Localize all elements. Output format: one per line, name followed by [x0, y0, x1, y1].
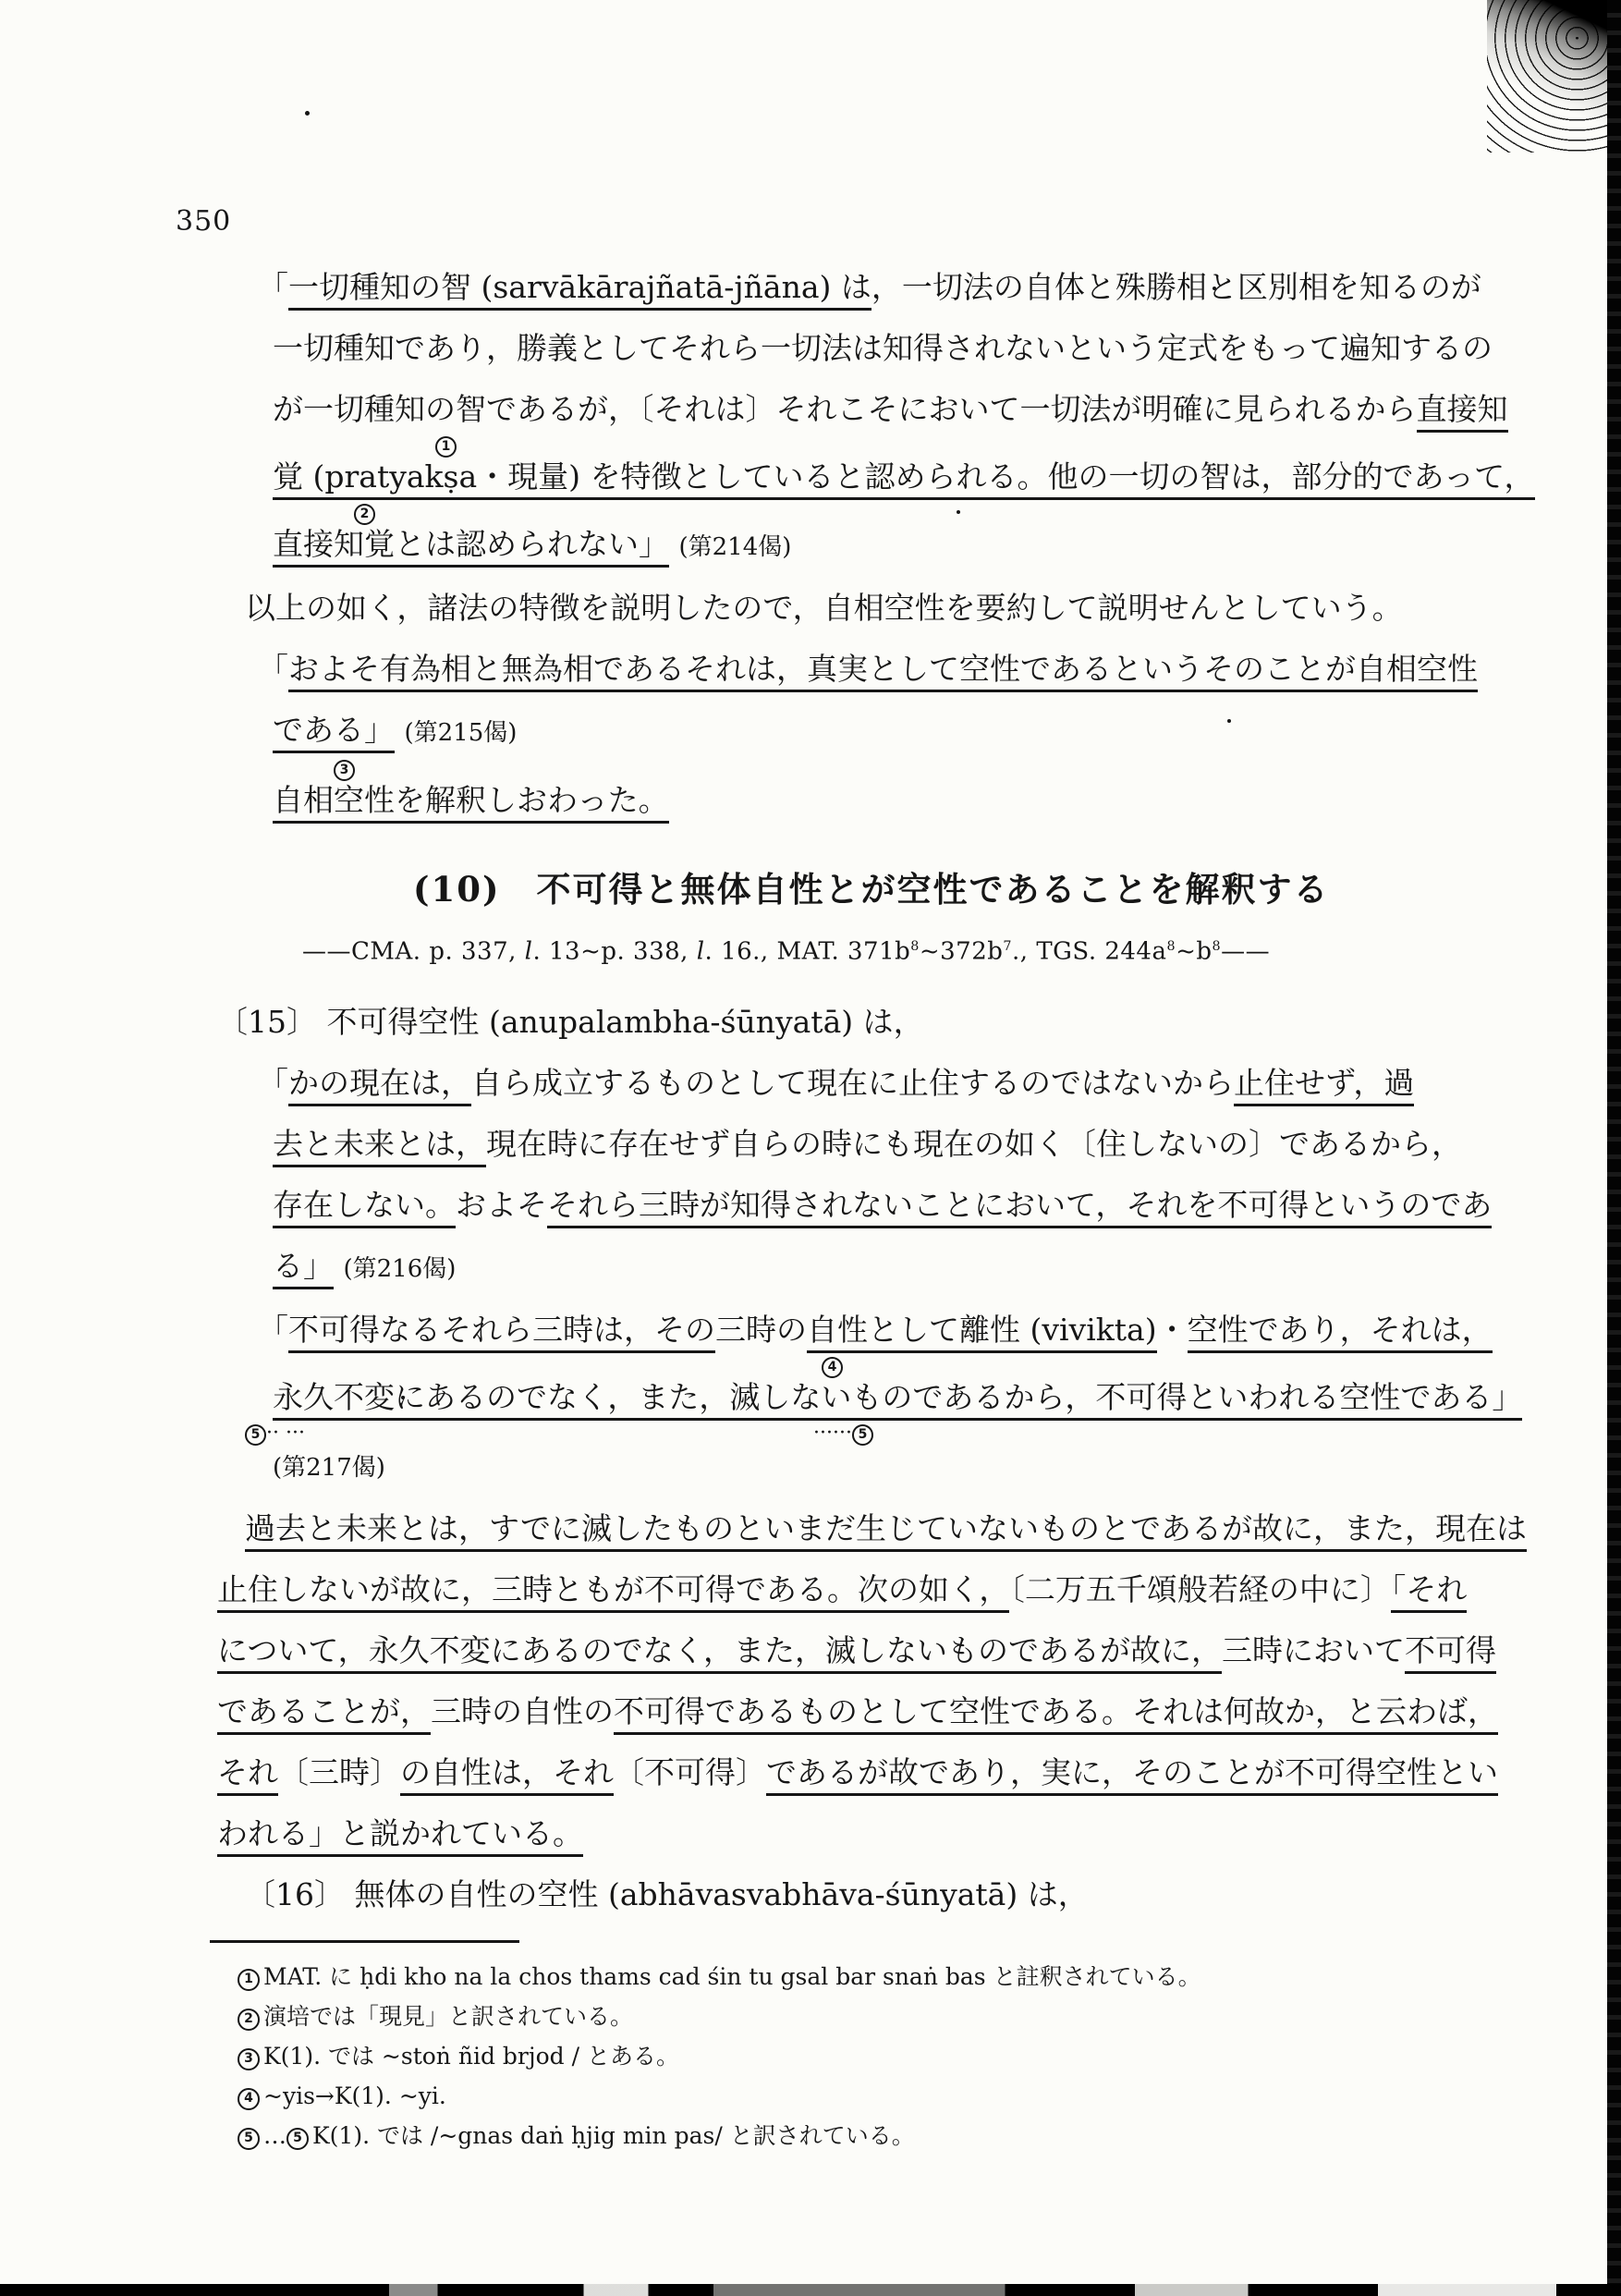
section-heading: (10) 不可得と無体自性とが空性であることを解釈する: [413, 870, 1422, 909]
text-segment: 「: [258, 1312, 288, 1348]
underlined-segment: 不可得: [1405, 1632, 1496, 1674]
underlined-segment: その: [654, 1312, 715, 1353]
underlined-segment: 止住せず，過: [1234, 1065, 1414, 1106]
footnote-separator: [210, 1940, 519, 1943]
quote-216-line-2: 去と未来とは，現在時に存在せず自らの時にも現在の如く〔住しないの〕であるから，: [273, 1125, 1422, 1164]
content: 「一切種知の智 (sarvākārajñatā-jñāna) は，一切法の自体と…: [217, 268, 1422, 2160]
circled-number: 5: [238, 2128, 260, 2150]
underlined-segment: 直接知: [1417, 391, 1508, 433]
text-segment: [669, 526, 679, 562]
underlined-segment: の自性は，それ: [400, 1754, 614, 1796]
commentary-line-5: それ〔三時〕の自性は，それ〔不可得〕であるが故であり，実に，そのことが不可得空性…: [217, 1753, 1422, 1792]
quote-216-line-4: る」 (第216偈): [273, 1247, 1422, 1288]
text-segment: MAT. に ḥdi kho na la chos thams cad śin …: [263, 1963, 1201, 1990]
circled-number: 1: [435, 436, 457, 458]
text-segment: (第217偈): [273, 1454, 385, 1482]
text-segment: . 16., MAT. 371b: [705, 938, 911, 966]
footnote-4: 4~yis→K(1). ~yi.: [238, 2081, 1422, 2112]
underlined-segment: われる」と説かれている。: [217, 1815, 583, 1857]
commentary-line-2: 止住しないが故に，三時ともが不可得である。次の如く，〔二万五千頌般若経の中に〕「…: [217, 1570, 1422, 1609]
quote-214-line-2: 一切種知であり，勝義としてそれら一切法は知得されないという定式をもって遍知するの: [273, 329, 1422, 368]
text-segment: ······: [813, 1422, 852, 1445]
text-segment: 自ら成立するものとして現在に止住するのではないから: [471, 1065, 1234, 1101]
text-segment: 〔15〕 不可得空性 (anupalambha-śūnyatā) は，: [217, 1004, 924, 1040]
scan-speck: [957, 510, 960, 514]
circled-number: 1: [238, 1969, 260, 1991]
quote-216-line-1: 「かの現在は，自ら成立するものとして現在に止住するのではないから止住せず，過: [258, 1064, 1422, 1103]
scan-speck: [305, 111, 310, 116]
text-segment: . 13~p. 338,: [532, 938, 696, 966]
footnote-3: 3K(1). では ~stoṅ ñid brjod / とある。: [238, 2041, 1422, 2072]
underlined-segment: 覚 (pratyakṣa・現量) を特徴としていると認められる。他の一切の智は，…: [273, 458, 1535, 500]
text-segment: 演培では「現見」と訳されている。: [263, 2003, 633, 2030]
commentary-line-6: われる」と説かれている。: [217, 1814, 1422, 1853]
quote-214-line-3: が一切種知の智であるが，〔それは〕それこそにおいて一切法が明確に見られるから直接…: [273, 390, 1422, 429]
text-segment: ——CMA. p. 337,: [302, 938, 525, 966]
text-segment: 「: [258, 651, 288, 687]
footnote-1: 1MAT. に ḥdi kho na la chos thams cad śin…: [238, 1961, 1422, 1993]
text-segment: [273, 434, 435, 457]
text-segment: ，一切法の自体と殊勝相と区別相を知るのが: [871, 269, 1481, 305]
text-segment: [334, 1248, 344, 1284]
page-number: 350: [176, 205, 231, 238]
quote-217-line-2: 永久不変にあるのでなく，また，滅しないものであるから，不可得といわれる空性である…: [273, 1378, 1422, 1417]
text-segment: 〔16〕 無体の自性の空性 (abhāvasvabhāva-śūnyatā) は…: [245, 1876, 1089, 1912]
text-segment: 8: [910, 939, 920, 954]
circled-number: 5: [245, 1424, 266, 1446]
underlined-segment: 永久不変にあるのでなく，また，滅しないものであるから，不可得といわれる空性である…: [273, 1379, 1522, 1421]
footnote-marker-2: 2: [273, 502, 1422, 525]
circled-number: 4: [238, 2088, 260, 2110]
body-line: 自相空性を解釈しおわった。: [273, 781, 1422, 820]
footnote-marker-4: 4: [273, 1355, 1422, 1378]
text-segment: 8: [1213, 939, 1222, 954]
text-segment: 〔不可得〕: [614, 1754, 766, 1790]
underlined-segment: 空性であり，それは，: [1188, 1312, 1493, 1353]
underlined-segment: 止住しないが故に，三時ともが不可得である。次の如く，: [217, 1571, 1009, 1613]
text-segment: [273, 757, 334, 780]
footnote-marker-5: 5·· ··· ······5: [245, 1423, 1422, 1446]
text-segment: (第214偈): [679, 533, 792, 561]
underlined-segment: 不可得なるそれら三時は，: [288, 1312, 654, 1353]
quote-215-line-2: である」 (第215偈): [273, 711, 1422, 752]
body-line: 以上の如く，諸法の特徴を説明したので，自相空性を要約して説明せんとしていう。: [245, 589, 1422, 628]
paragraph-16-lead: 〔16〕 無体の自性の空性 (abhāvasvabhāva-śūnyatā) は…: [245, 1875, 1422, 1914]
text-segment: (10) 不可得と無体自性とが空性であることを解釈する: [413, 869, 1330, 910]
scan-speck: [401, 1396, 405, 1399]
quote-217-line-1: 「不可得なるそれら三時は，その三時の自性として離性 (vivikta)・空性であ…: [258, 1311, 1422, 1350]
underlined-segment: それ: [217, 1754, 278, 1796]
underlined-segment: について，永久不変にあるのでなく，また，滅しないものであるが故に，: [217, 1632, 1222, 1674]
commentary-line-1: 過去と未来とは，すでに滅したものといまだ生じていないものとであるが故に，また，現…: [245, 1509, 1422, 1548]
underlined-segment: 過去と未来とは，すでに滅したものといまだ生じていないものとであるが故に，また，現…: [245, 1510, 1527, 1552]
quote-214-line-5: 直接知覚とは認められない」 (第214偈): [273, 525, 1422, 567]
circled-number: 2: [238, 2009, 260, 2031]
scan-edge-right-bar: [1607, 0, 1621, 2296]
text-segment: [273, 501, 354, 524]
text-segment: 「: [258, 1065, 288, 1101]
underlined-segment: 自相空性を解釈しおわった。: [273, 782, 669, 824]
underlined-segment: 自性として離性 (vivikta): [807, 1312, 1157, 1353]
paragraph-15-lead: 〔15〕 不可得空性 (anupalambha-śūnyatā) は，: [217, 1003, 1422, 1042]
scan-corner-noise: [1487, 0, 1607, 153]
quote-216-line-3: 存在しない。およそそれら三時が知得されないことにおいて，それを不可得というのであ: [273, 1186, 1422, 1225]
text-segment: K(1). では /~gnas daṅ ḥjig min pas/ と訳されてい…: [312, 2122, 915, 2149]
quote-214-line-4: 覚 (pratyakṣa・現量) を特徴としていると認められる。他の一切の智は，…: [273, 458, 1422, 496]
text-segment: ~yis→K(1). ~yi.: [263, 2082, 446, 2109]
quote-214-line-1: 「一切種知の智 (sarvākārajñatā-jñāna) は，一切法の自体と…: [258, 268, 1422, 307]
circled-number: 3: [334, 760, 355, 781]
scan-edge-bottom-bar: [0, 2284, 1621, 2296]
text-segment: 〔二万五千頌般若経の中に〕: [1009, 1571, 1391, 1607]
underlined-segment: 不可得であるものとして空性である。それは何故か，と云わば，: [614, 1693, 1498, 1735]
text-segment: 三時の自性の: [431, 1693, 614, 1729]
text-segment: 三時の: [715, 1312, 807, 1348]
text-segment: ., TGS. 244a: [1012, 938, 1166, 966]
underlined-segment: であることが，: [217, 1693, 431, 1735]
text-segment: 8: [1166, 939, 1176, 954]
underlined-segment: である」: [273, 712, 395, 753]
text-segment: [395, 712, 405, 748]
text-segment: 現在時に存在せず自らの時にも現在の如く〔住しないの〕であるから，: [486, 1126, 1462, 1162]
text-segment: [273, 1354, 822, 1377]
text-segment: 一切種知であり，勝義としてそれら一切法は知得されないという定式をもって遍知するの: [273, 330, 1493, 366]
underlined-segment: であるが故であり，実に，そのことが不可得空性とい: [766, 1754, 1498, 1796]
text-segment: (第215偈): [405, 719, 518, 747]
underlined-segment: 直接知覚とは認められない」: [273, 526, 669, 568]
source-citation: ——CMA. p. 337, l. 13~p. 338, l. 16., MAT…: [302, 927, 1422, 971]
underlined-segment: 去と未来とは，: [273, 1126, 486, 1167]
footnote-marker-3: 3: [273, 758, 1422, 781]
scanned-document-page: 350 「一切種知の智 (sarvākārajñatā-jñāna) は，一切法…: [0, 0, 1621, 2296]
circled-number: 5: [852, 1424, 873, 1446]
underlined-segment: それら三時が知得されないことにおいて，それを不可得というのであ: [547, 1187, 1492, 1228]
circled-number: 3: [238, 2048, 260, 2070]
text-segment: l: [697, 938, 705, 966]
underlined-segment: 「それ: [1391, 1571, 1468, 1613]
text-segment: ~b: [1176, 938, 1212, 966]
quote-217-line-3: (第217偈): [273, 1446, 1422, 1487]
commentary-line-4: であることが，三時の自性の不可得であるものとして空性である。それは何故か，と云わ…: [217, 1692, 1422, 1731]
text-segment: 〔三時〕: [278, 1754, 400, 1790]
quote-215-line-1: 「およそ有為相と無為相であるそれは，真実として空性であるというそのことが自相空性: [258, 650, 1422, 689]
text-segment: K(1). では ~stoṅ ñid brjod / とある。: [263, 2043, 679, 2070]
scan-speck: [1227, 719, 1231, 723]
circled-number: 4: [822, 1357, 843, 1378]
text-segment: が一切種知の智であるが，〔それは〕それこそにおいて一切法が明確に見られるから: [273, 391, 1417, 427]
text-segment: 7: [1003, 939, 1012, 954]
text-segment: 三時において: [1222, 1632, 1405, 1668]
text-segment: ・: [1157, 1312, 1188, 1348]
footnote-5: 5…5K(1). では /~gnas daṅ ḥjig min pas/ と訳さ…: [238, 2120, 1422, 2152]
underlined-segment: 一切種知の智 (sarvākārajñatā-jñāna) は: [288, 269, 871, 311]
text-segment: 「: [258, 269, 288, 305]
text-segment: ——: [1221, 938, 1270, 966]
underlined-segment: およそ有為相と無為相であるそれは，真実として空性であるというそのことが自相空性: [288, 651, 1478, 692]
circled-number: 2: [354, 504, 375, 525]
underlined-segment: かの現在は，: [288, 1065, 471, 1106]
text-segment: …: [263, 2122, 286, 2149]
circled-number: 5: [286, 2128, 309, 2150]
footnote-2: 2演培では「現見」と訳されている。: [238, 2001, 1422, 2033]
footnote-marker-1: 1: [273, 434, 1422, 458]
text-segment: (第216偈): [344, 1255, 457, 1283]
scan-speck: [1213, 287, 1216, 290]
commentary-line-3: について，永久不変にあるのでなく，また，滅しないものであるが故に，三時において不…: [217, 1631, 1422, 1670]
text-segment: およそ: [456, 1187, 547, 1223]
underlined-segment: る」: [273, 1248, 334, 1289]
underlined-segment: 存在しない。: [273, 1187, 456, 1228]
text-segment: ·· ···: [266, 1422, 305, 1445]
text-segment: [305, 1422, 813, 1445]
text-segment: 以上の如く，諸法の特徴を説明したので，自相空性を要約して説明せんとしていう。: [245, 590, 1403, 626]
text-segment: ~372b: [920, 938, 1004, 966]
